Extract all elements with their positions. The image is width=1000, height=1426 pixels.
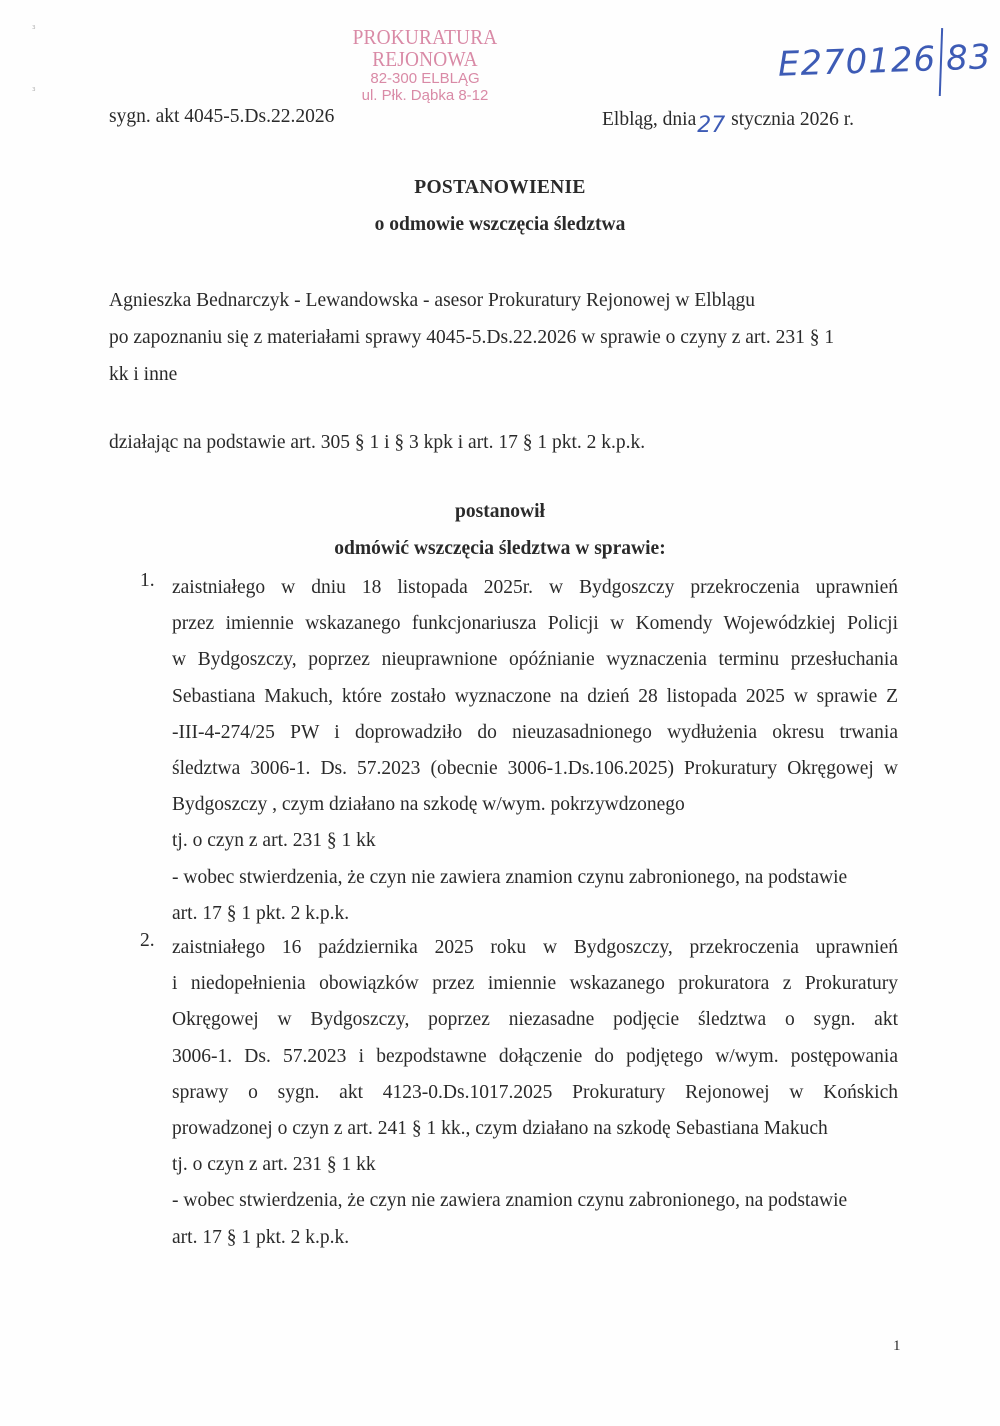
- item-line: art. 17 § 1 pkt. 2 k.p.k.: [172, 896, 898, 932]
- margin-mark: ₃: [32, 22, 36, 32]
- item-line: Sebastiana Makuch, które zostało wyznacz…: [172, 679, 898, 715]
- registry-number-right: 83: [945, 37, 992, 79]
- item-line: w Bydgoszczy, poprzez nieuprawnione opóź…: [172, 642, 898, 678]
- item-line: tj. o czyn z art. 231 § 1 kk: [172, 1147, 898, 1183]
- margin-mark: ₃: [32, 84, 36, 94]
- decision-heading: postanowił: [0, 501, 1000, 523]
- document-page: ₃ ₃ PROKURATURA REJONOWA 82-300 ELBLĄG u…: [0, 0, 1000, 1426]
- intro-line: po zapoznaniu się z materiałami sprawy 4…: [109, 319, 899, 356]
- legal-basis: działając na podstawie art. 305 § 1 i § …: [109, 424, 899, 461]
- registry-number-left: E270126: [777, 39, 937, 84]
- handwritten-day: 27: [697, 113, 725, 138]
- item-line: - wobec stwierdzenia, że czyn nie zawier…: [172, 860, 898, 896]
- item-line: zaistniałego w dniu 18 listopada 2025r. …: [172, 570, 898, 606]
- intro-line: kk i inne: [109, 356, 899, 393]
- place-and-date: Elbląg, dnia27 stycznia 2026 r.: [602, 106, 854, 131]
- prosecutor-office-stamp: PROKURATURA REJONOWA 82-300 ELBLĄG ul. P…: [300, 26, 550, 104]
- page-number: 1: [893, 1338, 901, 1355]
- item-number: 2.: [140, 930, 155, 952]
- item-line: sprawy o sygn. akt 4123-0.Ds.1017.2025 P…: [172, 1075, 898, 1111]
- item-line: -III-4-274/25 PW i doprowadziło do nieuz…: [172, 715, 898, 751]
- decision-item-2: zaistniałego 16 października 2025 roku w…: [172, 930, 898, 1256]
- item-line: Okręgowej w Bydgoszczy, poprzez niezasad…: [172, 1002, 898, 1038]
- item-line: art. 17 § 1 pkt. 2 k.p.k.: [172, 1220, 898, 1256]
- document-title: POSTANOWIENIE: [0, 177, 1000, 199]
- item-line: 3006-1. Ds. 57.2023 i bezpodstawne dołąc…: [172, 1039, 898, 1075]
- item-line: Bydgoszczy , czym działano na szkodę w/w…: [172, 787, 898, 823]
- item-line: prowadzonej o czyn z art. 241 § 1 kk., c…: [172, 1111, 898, 1147]
- decision-item-1: zaistniałego w dniu 18 listopada 2025r. …: [172, 570, 898, 932]
- item-number: 1.: [140, 570, 155, 592]
- date-place-prefix: Elbląg, dnia: [602, 109, 696, 130]
- registry-slash: [939, 28, 943, 96]
- intro-paragraph: Agnieszka Bednarczyk - Lewandowska - ase…: [109, 282, 899, 393]
- item-line: przez imiennie wskazanego funkcjonariusz…: [172, 606, 898, 642]
- item-line: tj. o czyn z art. 231 § 1 kk: [172, 823, 898, 859]
- stamp-street: ul. Płk. Dąbka 8-12: [300, 88, 550, 104]
- date-suffix: stycznia 2026 r.: [731, 109, 854, 130]
- stamp-city: 82-300 ELBLĄG: [300, 71, 550, 87]
- item-line: i niedopełnienia obowiązków przez imienn…: [172, 966, 898, 1002]
- decision-subheading: odmówić wszczęcia śledztwa w sprawie:: [0, 538, 1000, 560]
- item-line: zaistniałego 16 października 2025 roku w…: [172, 930, 898, 966]
- handwritten-registry-number: E27012683: [777, 26, 993, 101]
- item-line: śledztwa 3006-1. Ds. 57.2023 (obecnie 30…: [172, 751, 898, 787]
- stamp-office-name: PROKURATURA REJONOWA: [310, 26, 540, 70]
- item-line: - wobec stwierdzenia, że czyn nie zawier…: [172, 1183, 898, 1219]
- document-subtitle: o odmowie wszczęcia śledztwa: [0, 214, 1000, 236]
- intro-line: Agnieszka Bednarczyk - Lewandowska - ase…: [109, 282, 899, 319]
- case-signature: sygn. akt 4045-5.Ds.22.2026: [109, 106, 334, 128]
